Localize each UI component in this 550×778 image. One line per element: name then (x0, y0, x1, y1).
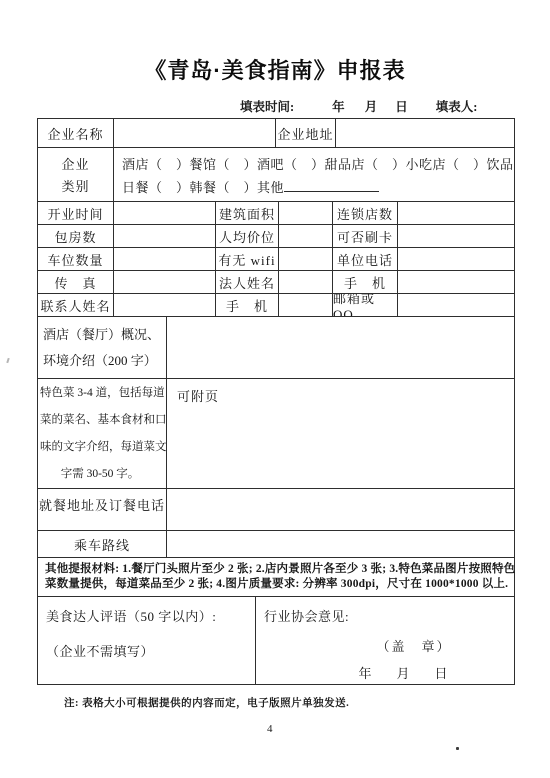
contact-name-value-cell (113, 294, 215, 316)
row-contact: 联系人姓名 手 机 邮箱或 QQ (38, 293, 514, 316)
fill-time-label: 填表时间: (240, 100, 294, 114)
page-number: 4 (267, 723, 273, 735)
bus-route-label: 乘车路线 (38, 531, 166, 557)
private-rooms-value-cell (113, 225, 215, 247)
day-label: 日 (395, 100, 408, 114)
overview-label-line1: 酒店（餐厅）概况、 (43, 322, 160, 348)
category-options-line2: 日餐（ ）韩餐（ ）其他 (122, 176, 514, 199)
critic-review-cell: 美食达人评语（50 字以内）: （企业不需填写） (38, 597, 255, 684)
materials-note: 其他提报材料: 1.餐厅门头照片至少 2 张; 2.店内景照片各至少 3 张; … (38, 558, 514, 596)
scanned-form-page: 《青岛·美食指南》申报表 填表时间:年月日填表人: 企业名称 企业地址 企业 类… (0, 0, 550, 778)
row-dining-address: 就餐地址及订餐电话 (38, 488, 514, 530)
parking-label: 车位数量 (38, 248, 113, 270)
overview-label: 酒店（餐厅）概况、 环境介绍（200 字） (38, 317, 166, 378)
company-name-label: 企业名称 (38, 119, 113, 147)
private-rooms-label: 包房数 (38, 225, 113, 247)
other-category-blank-line (284, 180, 379, 192)
bus-route-value-cell (166, 531, 514, 557)
company-address-value-cell (335, 119, 514, 147)
category-options-line1: 酒店（ ）餐馆（ ）酒吧（ ）甜品店（ ）小吃店（ ）饮品店（ ） (122, 153, 514, 176)
row-category: 企业 类别 酒店（ ）餐馆（ ）酒吧（ ）甜品店（ ）小吃店（ ）饮品店（ ） … (38, 147, 514, 201)
form-title: 《青岛·美食指南》申报表 (0, 54, 550, 85)
dishes-value-cell: 可附页 (166, 379, 514, 488)
office-phone-label: 单位电话 (332, 248, 397, 270)
dishes-label: 特色菜 3-4 道，包括每道 菜的菜名、基本食材和口 味的文字介绍，每道菜文 字… (38, 379, 166, 488)
category-label-line2: 类别 (61, 176, 89, 195)
scan-artifact-mark (6, 358, 9, 363)
mobile-label: 手 机 (332, 271, 397, 293)
building-area-label: 建筑面积 (215, 202, 278, 224)
card-accepted-label: 可否刷卡 (332, 225, 397, 247)
category-options-cell: 酒店（ ）餐馆（ ）酒吧（ ）甜品店（ ）小吃店（ ）饮品店（ ） 日餐（ ）韩… (113, 148, 514, 201)
row-bus-route: 乘车路线 (38, 530, 514, 557)
legal-person-value-cell (278, 271, 332, 293)
avg-price-value-cell (278, 225, 332, 247)
critic-review-note: （企业不需填写） (46, 641, 247, 660)
contact-mobile-label: 手 机 (215, 294, 278, 316)
opening-time-label: 开业时间 (38, 202, 113, 224)
parking-value-cell (113, 248, 215, 270)
building-area-value-cell (278, 202, 332, 224)
scan-artifact-dot (456, 747, 459, 750)
application-form-table: 企业名称 企业地址 企业 类别 酒店（ ）餐馆（ ）酒吧（ ）甜品店（ ）小吃店… (37, 118, 515, 685)
wifi-label: 有无 wifi (215, 248, 278, 270)
wifi-value-cell (278, 248, 332, 270)
year-label: 年 (332, 100, 345, 114)
row-parking: 车位数量 有无 wifi 单位电话 (38, 247, 514, 270)
office-phone-value-cell (397, 248, 514, 270)
mobile-value-cell (397, 271, 514, 293)
contact-mobile-value-cell (278, 294, 332, 316)
company-name-value-cell (113, 119, 275, 147)
dishes-label-line1: 特色菜 3-4 道，包括每道 (40, 380, 165, 407)
email-qq-value-cell (397, 294, 514, 316)
materials-note-line1: 其他提报材料: 1.餐厅门头照片至少 2 张; 2.店内景照片各至少 3 张; … (45, 562, 507, 577)
row-overview: 酒店（餐厅）概况、 环境介绍（200 字） (38, 316, 514, 378)
filler-label: 填表人: (436, 100, 478, 114)
legal-person-label: 法人姓名 (215, 271, 278, 293)
chain-stores-value-cell (397, 202, 514, 224)
row-review: 美食达人评语（50 字以内）: （企业不需填写） 行业协会意见: （盖 章） 年… (38, 596, 514, 684)
row-private-rooms: 包房数 人均价位 可否刷卡 (38, 224, 514, 247)
materials-note-line2: 菜数量提供，每道菜品至少 2 张; 4.图片质量要求: 分辨率 300dpi，尺… (45, 577, 507, 592)
association-opinion-cell: 行业协会意见: （盖 章） 年 月 日 (255, 597, 514, 684)
dining-address-label: 就餐地址及订餐电话 (38, 489, 166, 530)
fax-label: 传 真 (38, 271, 113, 293)
card-accepted-value-cell (397, 225, 514, 247)
dishes-label-line4: 字需 30-50 字。 (61, 461, 146, 488)
chain-stores-label: 连锁店数 (332, 202, 397, 224)
row-company: 企业名称 企业地址 (38, 119, 514, 147)
fill-meta-line: 填表时间:年月日填表人: (240, 97, 477, 115)
row-materials: 其他提报材料: 1.餐厅门头照片至少 2 张; 2.店内景照片各至少 3 张; … (38, 557, 514, 596)
seal-placeholder: （盖 章） (264, 636, 506, 655)
row-opening-time: 开业时间 建筑面积 连锁店数 (38, 201, 514, 224)
category-label-line1: 企业 (61, 154, 89, 173)
footer-note: 注: 表格大小可根据提供的内容而定，电子版照片单独发送. (64, 695, 349, 710)
month-label: 月 (365, 100, 378, 114)
association-date-line: 年 月 日 (264, 663, 506, 682)
overview-value-cell (166, 317, 514, 378)
company-address-label: 企业地址 (275, 119, 335, 147)
association-opinion-title: 行业协会意见: (264, 606, 506, 625)
dishes-label-line3: 味的文字介绍，每道菜文 (40, 434, 166, 461)
dishes-label-line2: 菜的菜名、基本食材和口 (40, 407, 166, 434)
opening-time-value-cell (113, 202, 215, 224)
contact-name-label: 联系人姓名 (38, 294, 113, 316)
fax-value-cell (113, 271, 215, 293)
avg-price-label: 人均价位 (215, 225, 278, 247)
row-fax: 传 真 法人姓名 手 机 (38, 270, 514, 293)
email-qq-label: 邮箱或 QQ (332, 294, 397, 316)
category-label: 企业 类别 (38, 148, 113, 201)
row-dishes: 特色菜 3-4 道，包括每道 菜的菜名、基本食材和口 味的文字介绍，每道菜文 字… (38, 378, 514, 488)
critic-review-title: 美食达人评语（50 字以内）: (46, 606, 247, 625)
dining-address-value-cell (166, 489, 514, 530)
overview-label-line2: 环境介绍（200 字） (43, 348, 157, 374)
